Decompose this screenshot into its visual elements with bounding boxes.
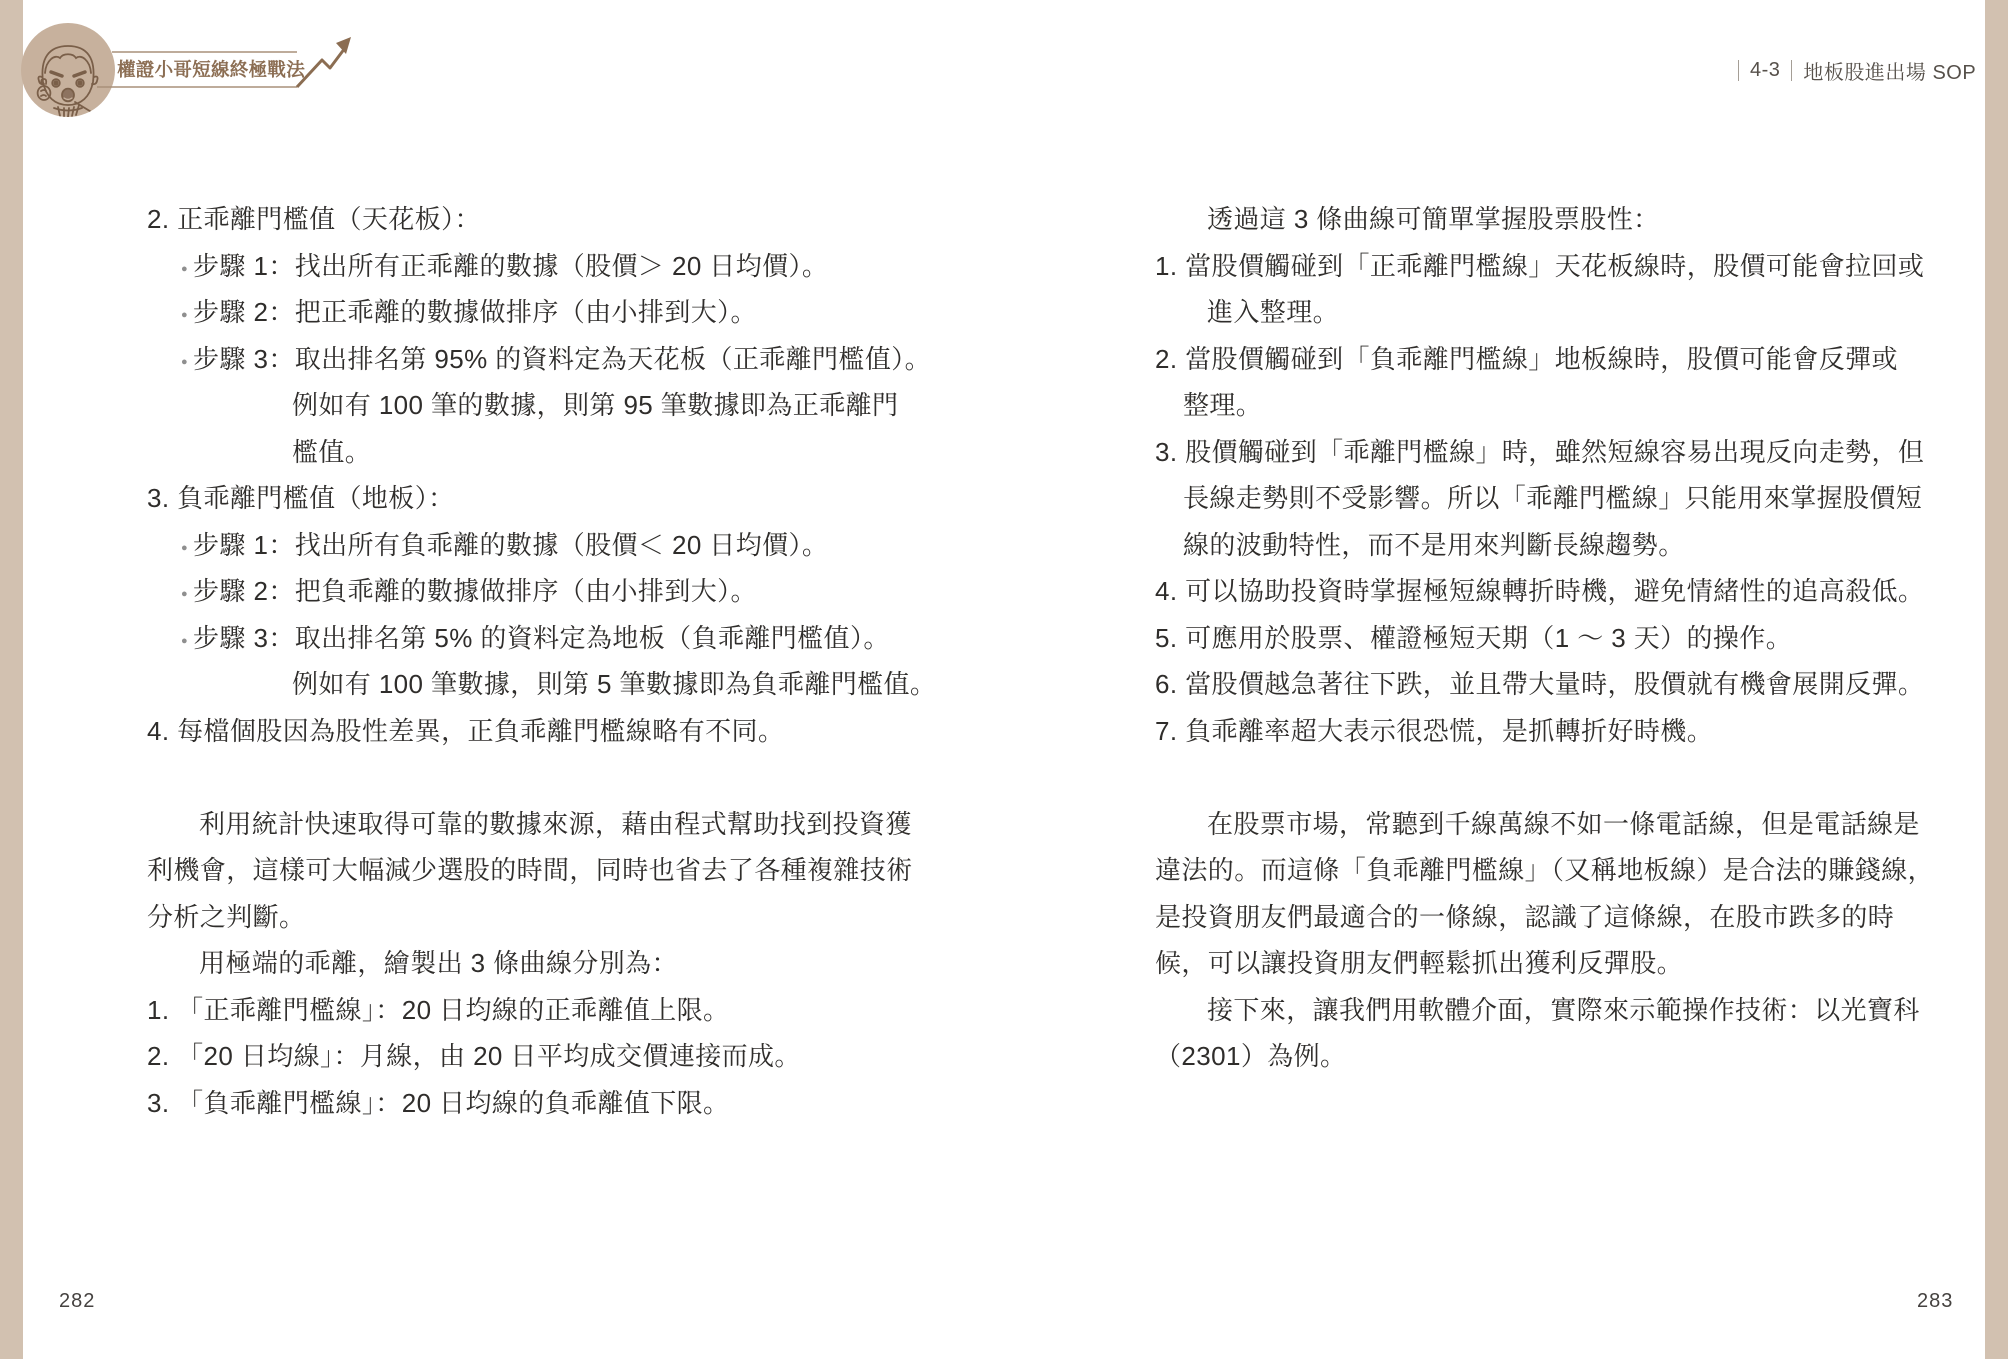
text-line: 2. 當股價觸碰到「負乖離門檻線」地板線時，股價可能會反彈或 [1155,336,1920,383]
text-line: ●步驟 3：取出排名第 5% 的資料定為地板（負乖離門檻值）。 [181,615,922,662]
right-edge-strip [1985,0,2008,1359]
text-line-content: 6. 當股價越急著往下跌，並且帶大量時，股價就有機會展開反彈。 [1155,669,1924,699]
text-line-content: 步驟 2：把正乖離的數據做排序（由小排到大）。 [193,297,757,327]
text-line: 進入整理。 [1207,289,1920,336]
text-line: 透過這 3 條曲線可簡單掌握股票股性： [1207,196,1920,243]
bullet-dot-icon: ● [181,246,188,293]
text-line: 線的波動特性，而不是用來判斷長線趨勢。 [1183,522,1920,569]
chapter-header: 4-3 地板股進出場 SOP [1727,57,1976,83]
bullet-dot-icon: ● [181,292,188,339]
text-line: 3. 「負乖離門檻線」：20 日均線的負乖離值下限。 [147,1080,922,1127]
text-line-content: 5. 可應用於股票、權證極短天期（1 ～ 3 天）的操作。 [1155,623,1792,653]
chapter-number: 4-3 [1750,59,1780,82]
text-line: 利機會，這樣可大幅減少選股的時間，同時也省去了各種複雜技術 [147,847,922,894]
text-line-content: 2. 當股價觸碰到「負乖離門檻線」地板線時，股價可能會反彈或 [1155,344,1898,374]
text-line: 2. 正乖離門檻值（天花板）： [147,196,922,243]
left-edge-strip [0,0,23,1359]
text-line-content: 2. 正乖離門檻值（天花板）： [147,204,481,234]
text-line-content: 進入整理。 [1207,297,1339,327]
text-line: 檻值。 [292,429,922,476]
text-line-content: 用極端的乖離，繪製出 3 條曲線分別為： [199,948,678,978]
text-line-content: 步驟 3：取出排名第 5% 的資料定為地板（負乖離門檻值）。 [193,623,890,653]
bullet-dot-icon: ● [181,571,188,618]
text-line: 例如有 100 筆數據，則第 5 筆數據即為負乖離門檻值。 [292,661,922,708]
text-line-content: 3. 負乖離門檻值（地板）： [147,483,455,513]
text-line: ●步驟 3：取出排名第 95% 的資料定為天花板（正乖離門檻值）。 [181,336,922,383]
text-line: 候，可以讓投資朋友們輕鬆抓出獲利反彈股。 [1155,940,1920,987]
text-line-content: 是投資朋友們最適合的一條線，認識了這條線，在股市跌多的時 [1155,902,1894,932]
text-line: 用極端的乖離，繪製出 3 條曲線分別為： [199,940,922,987]
text-line-content: （2301）為例。 [1155,1041,1346,1071]
text-line-content: 違法的。而這條「負乖離門檻線」（又稱地板線）是合法的賺錢線， [1155,855,1934,885]
text-line: 1. 「正乖離門檻線」：20 日均線的正乖離值上限。 [147,987,922,1034]
text-line: 接下來，讓我們用軟體介面，實際來示範操作技術：以光寶科 [1207,987,1920,1034]
text-line-content: 透過這 3 條曲線可簡單掌握股票股性： [1207,204,1660,234]
text-line-content: 步驟 1：找出所有正乖離的數據（股價＞ 20 日均價）。 [193,251,828,281]
text-line: ●步驟 1：找出所有負乖離的數據（股價＜ 20 日均價）。 [181,522,922,569]
text-line-content: 整理。 [1183,390,1262,420]
blank-line [1155,754,1920,801]
text-line: 5. 可應用於股票、權證極短天期（1 ～ 3 天）的操作。 [1155,615,1920,662]
text-line-content: 步驟 1：找出所有負乖離的數據（股價＜ 20 日均價）。 [193,530,828,560]
text-line-content: 接下來，讓我們用軟體介面，實際來示範操作技術：以光寶科 [1207,995,1920,1025]
text-line: 在股票市場，常聽到千線萬線不如一條電話線，但是電話線是 [1207,801,1920,848]
text-line: 3. 負乖離門檻值（地板）： [147,475,922,522]
text-line-content: 在股票市場，常聽到千線萬線不如一條電話線，但是電話線是 [1207,809,1920,839]
text-line: 3. 股價觸碰到「乖離門檻線」時，雖然短線容易出現反向走勢，但 [1155,429,1920,476]
text-line-content: 7. 負乖離率超大表示很恐慌，是抓轉折好時機。 [1155,716,1713,746]
text-line-content: 步驟 2：把負乖離的數據做排序（由小排到大）。 [193,576,757,606]
text-line-content: 例如有 100 筆的數據，則第 95 筆數據即為正乖離門 [292,390,898,420]
text-line-content: 1. 「正乖離門檻線」：20 日均線的正乖離值上限。 [147,995,729,1025]
text-line: 4. 可以協助投資時掌握極短線轉折時機，避免情緒性的追高殺低。 [1155,568,1920,615]
text-line-content: 利用統計快速取得可靠的數據來源，藉由程式幫助找到投資獲 [199,809,912,839]
text-line: 4. 每檔個股因為股性差異，正負乖離門檻線略有不同。 [147,708,922,755]
bullet-dot-icon: ● [181,339,188,386]
text-line: 整理。 [1183,382,1920,429]
text-line-content: 利機會，這樣可大幅減少選股的時間，同時也省去了各種複雜技術 [147,855,913,885]
text-line: 分析之判斷。 [147,894,922,941]
text-line: 例如有 100 筆的數據，則第 95 筆數據即為正乖離門 [292,382,922,429]
bullet-dot-icon: ● [181,618,188,665]
text-line-content: 長線走勢則不受影響。所以「乖離門檻線」只能用來掌握股價短 [1183,483,1922,513]
text-line: 2. 「20 日均線」：月線，由 20 日平均成交價連接而成。 [147,1033,922,1080]
text-line-content: 4. 可以協助投資時掌握極短線轉折時機，避免情緒性的追高殺低。 [1155,576,1924,606]
chapter-title: 地板股進出場 SOP [1803,56,1976,85]
text-line-content: 候，可以讓投資朋友們輕鬆抓出獲利反彈股。 [1155,948,1683,978]
text-line: 違法的。而這條「負乖離門檻線」（又稱地板線）是合法的賺錢線， [1155,847,1920,894]
text-line-content: 線的波動特性，而不是用來判斷長線趨勢。 [1183,530,1685,560]
text-line: 6. 當股價越急著往下跌，並且帶大量時，股價就有機會展開反彈。 [1155,661,1920,708]
right-page-text: 透過這 3 條曲線可簡單掌握股票股性：1. 當股價觸碰到「正乖離門檻線」天花板線… [1155,196,1920,1080]
separator-bar-icon [1791,60,1792,81]
page-number-left: 282 [59,1290,95,1313]
left-page-text: 2. 正乖離門檻值（天花板）：●步驟 1：找出所有正乖離的數據（股價＞ 20 日… [147,196,922,1126]
blank-line [147,754,922,801]
text-line-content: 3. 「負乖離門檻線」：20 日均線的負乖離值下限。 [147,1088,729,1118]
text-line: ●步驟 2：把正乖離的數據做排序（由小排到大）。 [181,289,922,336]
text-line: 是投資朋友們最適合的一條線，認識了這條線，在股市跌多的時 [1155,894,1920,941]
text-line: ●步驟 2：把負乖離的數據做排序（由小排到大）。 [181,568,922,615]
text-line: 7. 負乖離率超大表示很恐慌，是抓轉折好時機。 [1155,708,1920,755]
text-line-content: 2. 「20 日均線」：月線，由 20 日平均成交價連接而成。 [147,1041,801,1071]
text-line: 長線走勢則不受影響。所以「乖離門檻線」只能用來掌握股價短 [1183,475,1920,522]
text-line-content: 例如有 100 筆數據，則第 5 筆數據即為負乖離門檻值。 [292,669,936,699]
separator-bar-icon [1738,60,1739,81]
text-line-content: 1. 當股價觸碰到「正乖離門檻線」天花板線時，股價可能會拉回或 [1155,251,1924,281]
page-number-right: 283 [1917,1290,1953,1313]
text-line: （2301）為例。 [1155,1033,1920,1080]
bullet-dot-icon: ● [181,525,188,572]
text-line: 利用統計快速取得可靠的數據來源，藉由程式幫助找到投資獲 [199,801,922,848]
text-line-content: 檻值。 [292,437,371,467]
book-spread: 權證小哥短線終極戰法 4-3 地板股進出場 SOP 2. 正乖離門檻值（天花板）… [0,0,2008,1359]
text-line-content: 3. 股價觸碰到「乖離門檻線」時，雖然短線容易出現反向走勢，但 [1155,437,1924,467]
text-line-content: 分析之判斷。 [147,902,305,932]
text-line: ●步驟 1：找出所有正乖離的數據（股價＞ 20 日均價）。 [181,243,922,290]
text-line-content: 步驟 3：取出排名第 95% 的資料定為天花板（正乖離門檻值）。 [193,344,931,374]
text-line-content: 4. 每檔個股因為股性差異，正負乖離門檻線略有不同。 [147,716,784,746]
text-line: 1. 當股價觸碰到「正乖離門檻線」天花板線時，股價可能會拉回或 [1155,243,1920,290]
series-title: 權證小哥短線終極戰法 [117,56,302,82]
